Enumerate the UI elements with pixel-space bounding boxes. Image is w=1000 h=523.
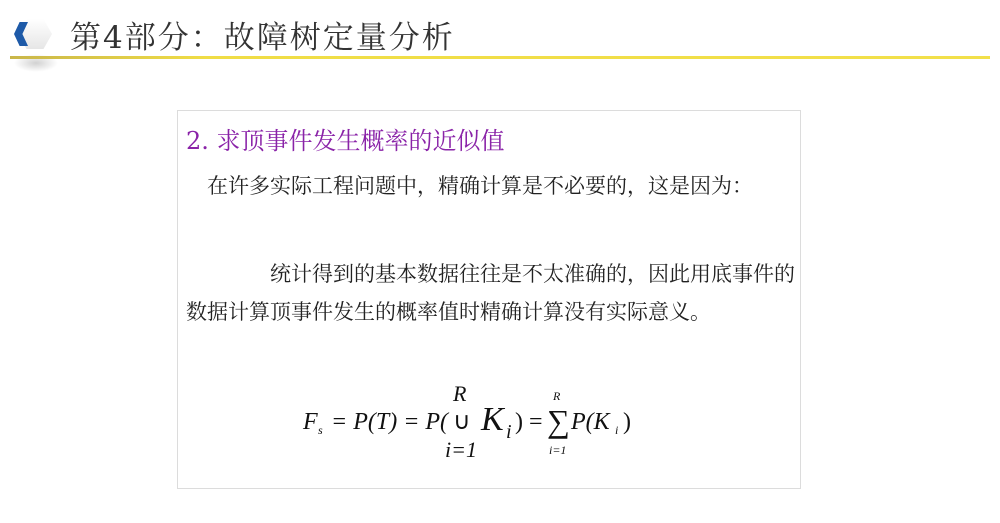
sigma-upper: R [553, 389, 560, 404]
probability-formula: F s = P(T) = P( ∪ R i=1 K i ) = ∑ R i=1 … [303, 389, 663, 469]
paragraph-1: 在许多实际工程问题中，精确计算是不必要的，这是因为： [186, 167, 796, 205]
formula-F-sub: s [318, 423, 323, 438]
sigma-symbol: ∑ [547, 403, 570, 440]
formula-F: F [303, 409, 318, 436]
formula-eq2: ) = [515, 409, 543, 436]
formula-PK-sub: i [615, 423, 618, 438]
union-upper: R [453, 381, 466, 407]
sigma-lower: i=1 [549, 443, 566, 458]
union-lower: i=1 [445, 437, 477, 463]
content-card: 2. 求顶事件发生概率的近似值 在许多实际工程问题中，精确计算是不必要的，这是因… [177, 110, 801, 489]
formula-K-sub: i [506, 421, 512, 444]
header-icon [10, 16, 56, 52]
header-divider [10, 56, 990, 59]
page-title: 第4部分：故障树定量分析 [70, 12, 455, 57]
formula-close: ) [623, 409, 631, 436]
formula-K: K [481, 401, 504, 439]
formula-PT: = P(T) = P( [331, 409, 448, 436]
paragraph-2: 统计得到的基本数据往往是不太准确的，因此用底事件的数据计算顶事件发生的概率值时精… [186, 255, 796, 331]
formula-PK: P(K [571, 409, 610, 436]
section-subtitle: 2. 求顶事件发生概率的近似值 [186, 121, 505, 156]
union-symbol: ∪ [453, 407, 471, 436]
